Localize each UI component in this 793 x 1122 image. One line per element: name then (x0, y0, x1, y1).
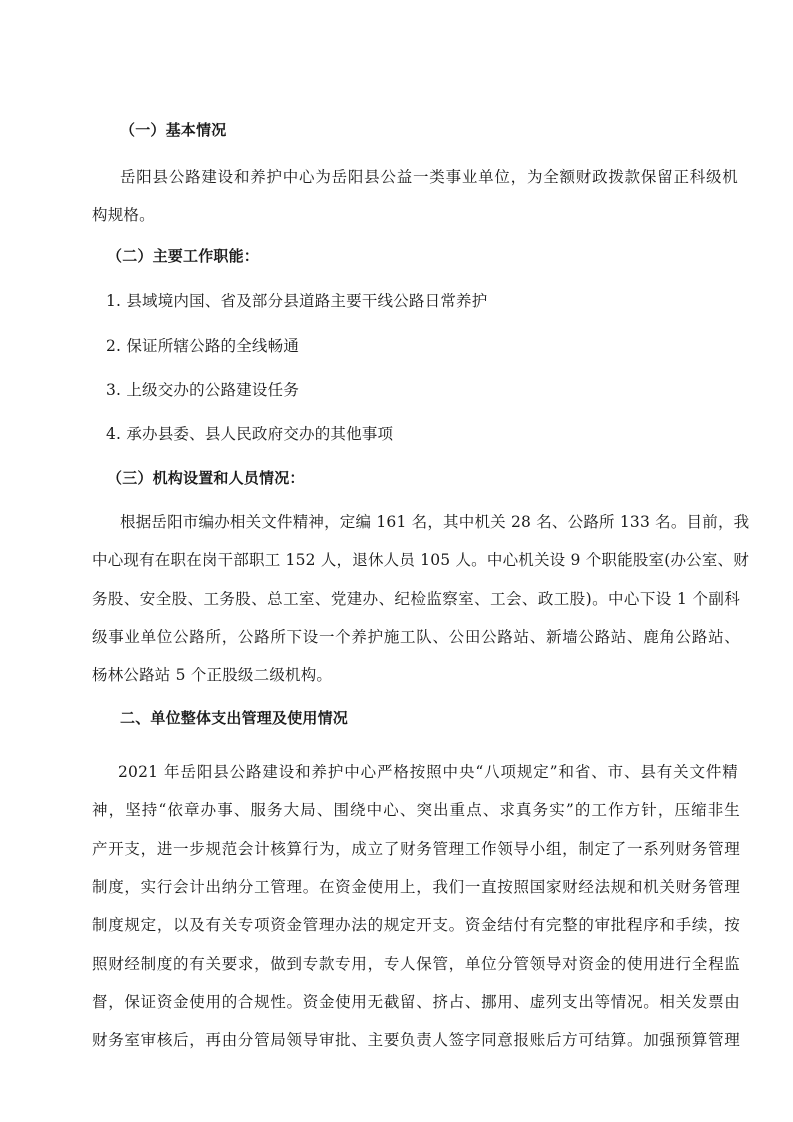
section-heading-main-functions: （二）主要工作职能： (107, 246, 755, 266)
paragraph-line: 神，坚持“依章办事、服务大局、围绕中心、突出重点、求真务实”的工作方针，压缩非生 (92, 800, 740, 820)
paragraph-line: 照财经制度的有关要求，做到专款专用，专人保管，单位分管领导对资金的使用进行全程监 (92, 954, 740, 974)
paragraph-line: 督，保证资金使用的合规性。资金使用无截留、挤占、挪用、虚列支出等情况。相关发票由 (92, 992, 740, 1012)
list-item: 1. 县域境内国、省及部分县道路主要干线公路日常养护 (106, 291, 754, 311)
paragraph-line: 岳阳县公路建设和养护中心为岳阳县公益一类事业单位，为全额财政拨款保留正科级机 (120, 167, 738, 187)
paragraph-line: 制度，实行会计出纳分工管理。在资金使用上，我们一直按照国家财经法规和机关财务管理 (92, 877, 740, 897)
paragraph-line: 中心现有在职在岗干部职工 152 人，退休人员 105 人。中心机关设 9 个职… (92, 550, 740, 570)
section-heading-organization: （三）机构设置和人员情况： (107, 468, 755, 488)
part-heading-expenditure: 二、单位整体支出管理及使用情况 (120, 708, 768, 728)
paragraph-line: 务股、安全股、工务股、总工室、党建办、纪检监察室、工会、政工股)。中心下设 1 … (92, 589, 740, 609)
paragraph-line: 级事业单位公路所，公路所下设一个养护施工队、公田公路站、新墙公路站、鹿角公路站、 (92, 627, 740, 647)
paragraph-line: 构规格。 (92, 205, 740, 225)
paragraph-line: 产开支，进一步规范会计核算行为，成立了财务管理工作领导小组，制定了一系列财务管理 (92, 839, 740, 859)
list-item: 2. 保证所辖公路的全线畅通 (106, 336, 754, 356)
list-item: 3. 上级交办的公路建设任务 (106, 380, 754, 400)
section-heading-basic-info: （一）基本情况 (120, 120, 768, 140)
paragraph-line: 2021 年岳阳县公路建设和养护中心严格按照中央“八项规定”和省、市、县有关文件… (118, 762, 738, 782)
paragraph-line: 杨林公路站 5 个正股级二级机构。 (92, 665, 740, 685)
paragraph-line: 财务室审核后，再由分管局领导审批、主要负责人签字同意报账后方可结算。加强预算管理 (92, 1030, 740, 1050)
list-item: 4. 承办县委、县人民政府交办的其他事项 (106, 424, 754, 444)
paragraph-line: 根据岳阳市编办相关文件精神，定编 161 名，其中机关 28 名、公路所 133… (120, 512, 738, 532)
paragraph-line: 制度规定，以及有关专项资金管理办法的规定开支。资金结付有完整的审批程序和手续，按 (92, 915, 740, 935)
